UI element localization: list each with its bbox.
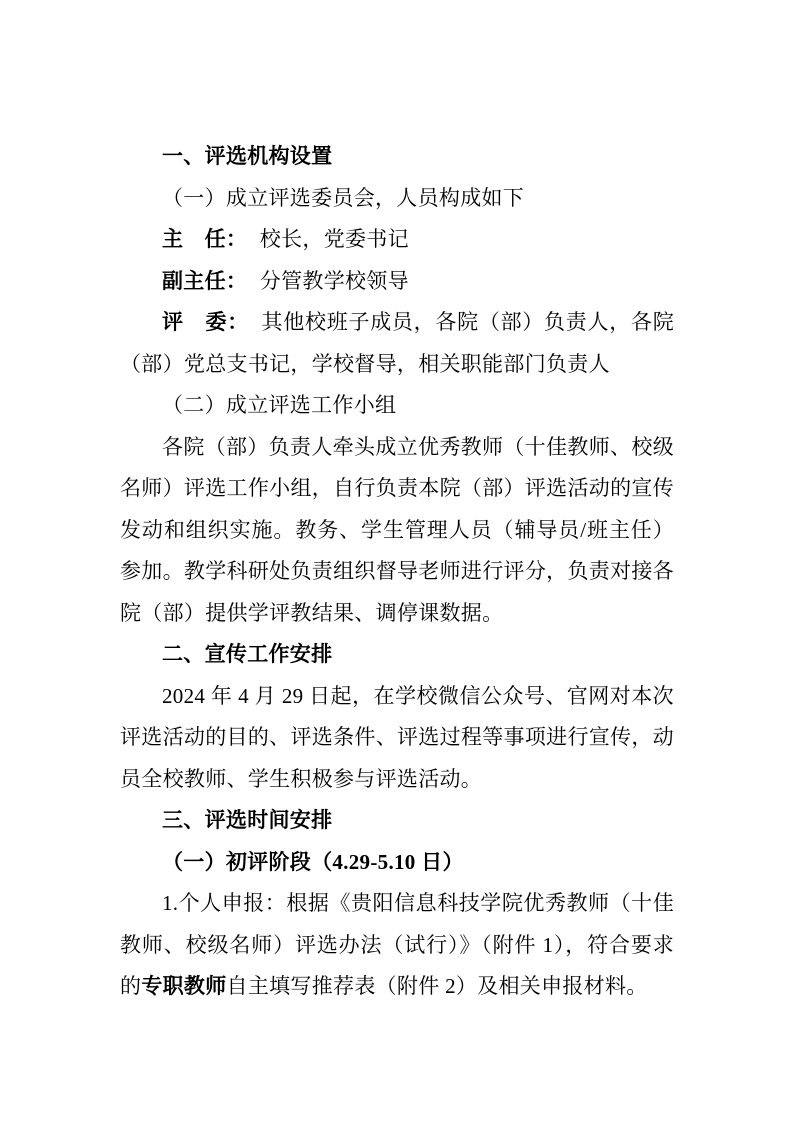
section1-subheading-1: （一）成立评选委员会，人员构成如下 bbox=[120, 178, 674, 220]
document-body: 一、评选机构设置 （一）成立评选委员会，人员构成如下 主 任：校长，党委书记 副… bbox=[120, 136, 674, 1008]
section2-paragraph: 2024 年 4 月 29 日起，在学校微信公众号、官网对本次评选活动的目的、评… bbox=[120, 676, 674, 801]
section3-item-1-text-post: 自主填写推荐表（附件 2）及相关申报材料。 bbox=[227, 974, 648, 998]
section3-heading: 三、评选时间安排 bbox=[120, 800, 674, 842]
document-page: 一、评选机构设置 （一）成立评选委员会，人员构成如下 主 任：校长，党委书记 副… bbox=[0, 0, 793, 1122]
role-director-label: 主 任： bbox=[162, 228, 247, 251]
section1-subheading-2: （二）成立评选工作小组 bbox=[120, 385, 674, 427]
section3-item-1-bold-term: 专职教师 bbox=[141, 974, 226, 998]
section1-heading: 一、评选机构设置 bbox=[120, 136, 674, 178]
section2-heading: 二、宣传工作安排 bbox=[120, 634, 674, 676]
role-deputy-director-value: 分管教学校领导 bbox=[260, 269, 409, 293]
role-director-value: 校长，党委书记 bbox=[260, 227, 409, 251]
role-committee-label: 评 委： bbox=[162, 311, 249, 334]
section1-paragraph: 各院（部）负责人牵头成立优秀教师（十佳教师、校级名师）评选工作小组，自行负责本院… bbox=[120, 427, 674, 635]
section3-subheading-1: （一）初评阶段（4.29-5.10 日） bbox=[120, 842, 674, 884]
role-line-director: 主 任：校长，党委书记 bbox=[120, 219, 674, 261]
role-line-committee: 评 委：其他校班子成员，各院（部）负责人，各院（部）党总支书记，学校督导，相关职… bbox=[120, 302, 674, 385]
role-deputy-director-label: 副主任： bbox=[162, 270, 247, 293]
section3-item-1: 1.个人申报：根据《贵阳信息科技学院优秀教师（十佳教师、校级名师）评选办法（试行… bbox=[120, 883, 674, 1008]
role-line-deputy-director: 副主任：分管教学校领导 bbox=[120, 261, 674, 303]
